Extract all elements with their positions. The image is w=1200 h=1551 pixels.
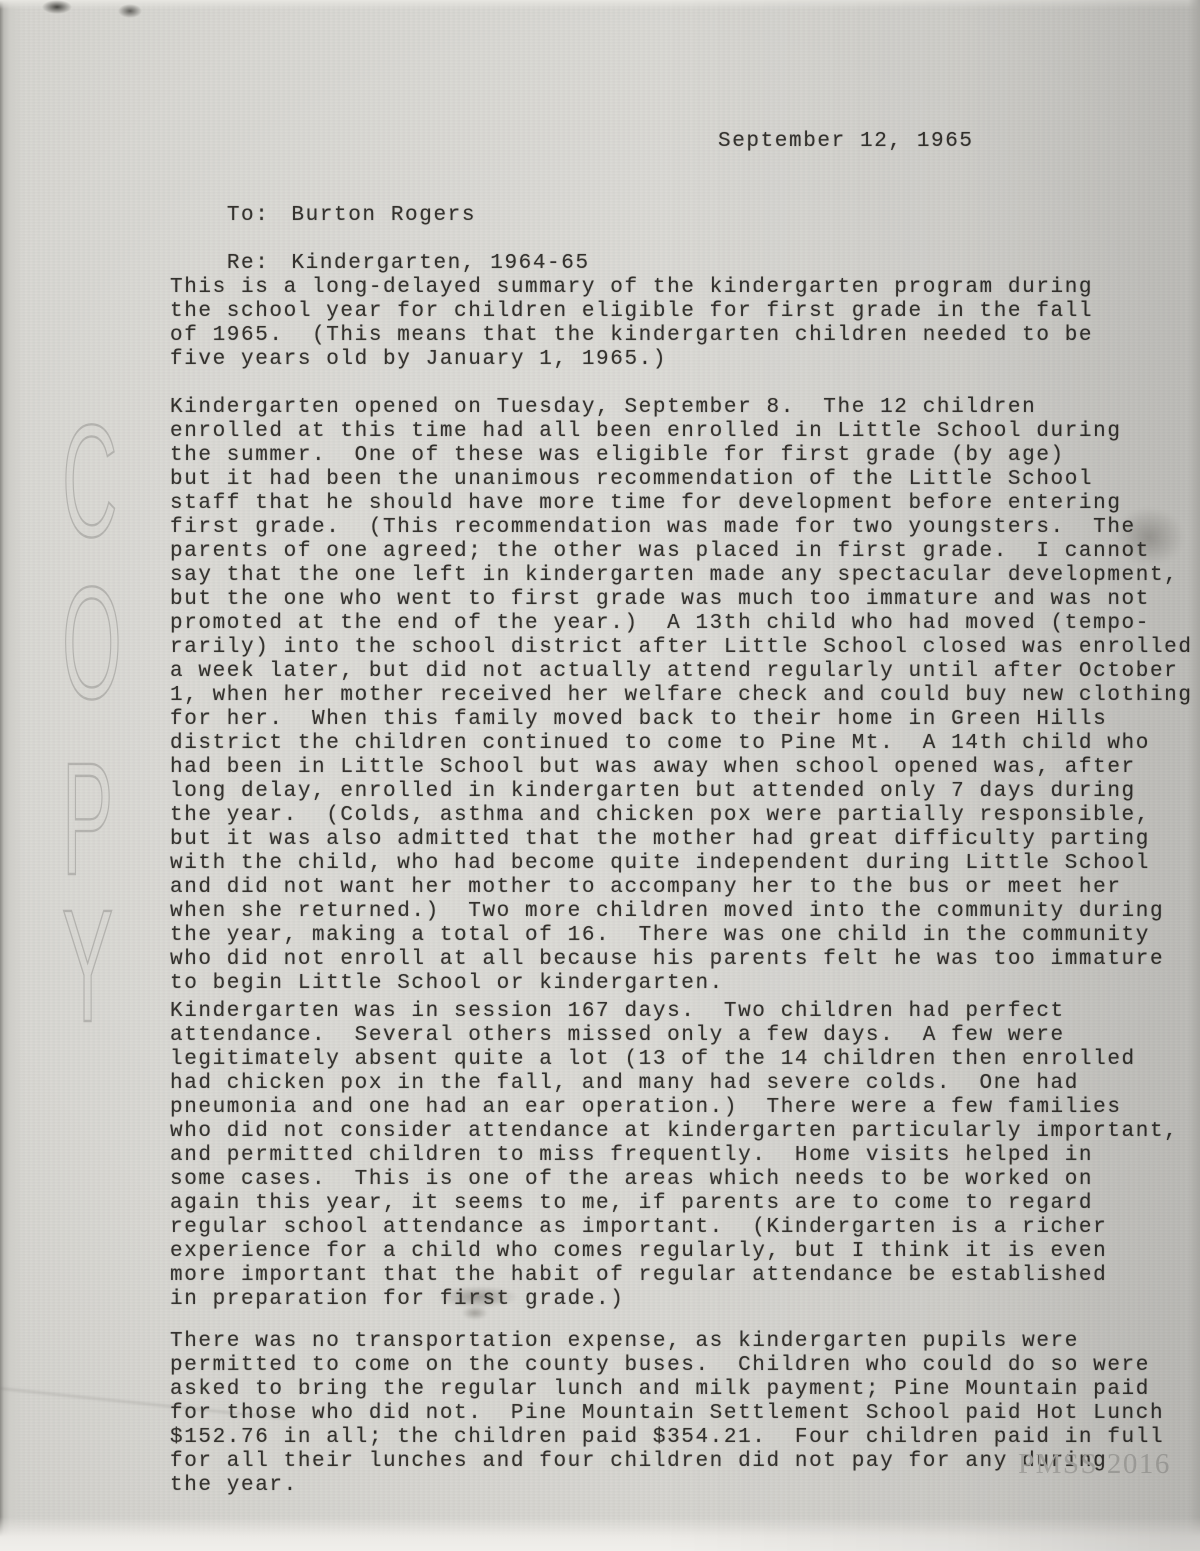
- paragraph-summary-intro: This is a long-delayed summary of the ki…: [170, 276, 1093, 372]
- copy-watermark-letter-o: O: [62, 563, 122, 723]
- copy-watermark-letter-y: Y: [62, 886, 113, 1046]
- paragraph-enrollment: Kindergarten opened on Tuesday, Septembe…: [170, 396, 1193, 996]
- copy-watermark-letter-c: C: [62, 401, 117, 561]
- re-label: Re:: [227, 252, 270, 275]
- paper-edge-top: [0, 0, 1200, 9]
- re-value: Kindergarten, 1964-65: [291, 252, 589, 275]
- pmss-watermark: PMSS 2016: [1018, 1448, 1171, 1481]
- scanned-letter-page: C O P Y September 12, 1965 To:Burton Rog…: [0, 0, 1200, 1551]
- paragraph-attendance: Kindergarten was in session 167 days. Tw…: [170, 1000, 1178, 1312]
- copy-watermark-letter-p: P: [62, 739, 113, 899]
- paragraph-transportation-lunch: There was no transportation expense, as …: [170, 1330, 1164, 1498]
- paper-edge-left: [0, 0, 24, 1551]
- to-label: To:: [227, 204, 270, 227]
- paper-edge-bottom: [0, 1517, 1200, 1551]
- date-line: September 12, 1965: [718, 130, 974, 154]
- to-value: Burton Rogers: [291, 204, 476, 227]
